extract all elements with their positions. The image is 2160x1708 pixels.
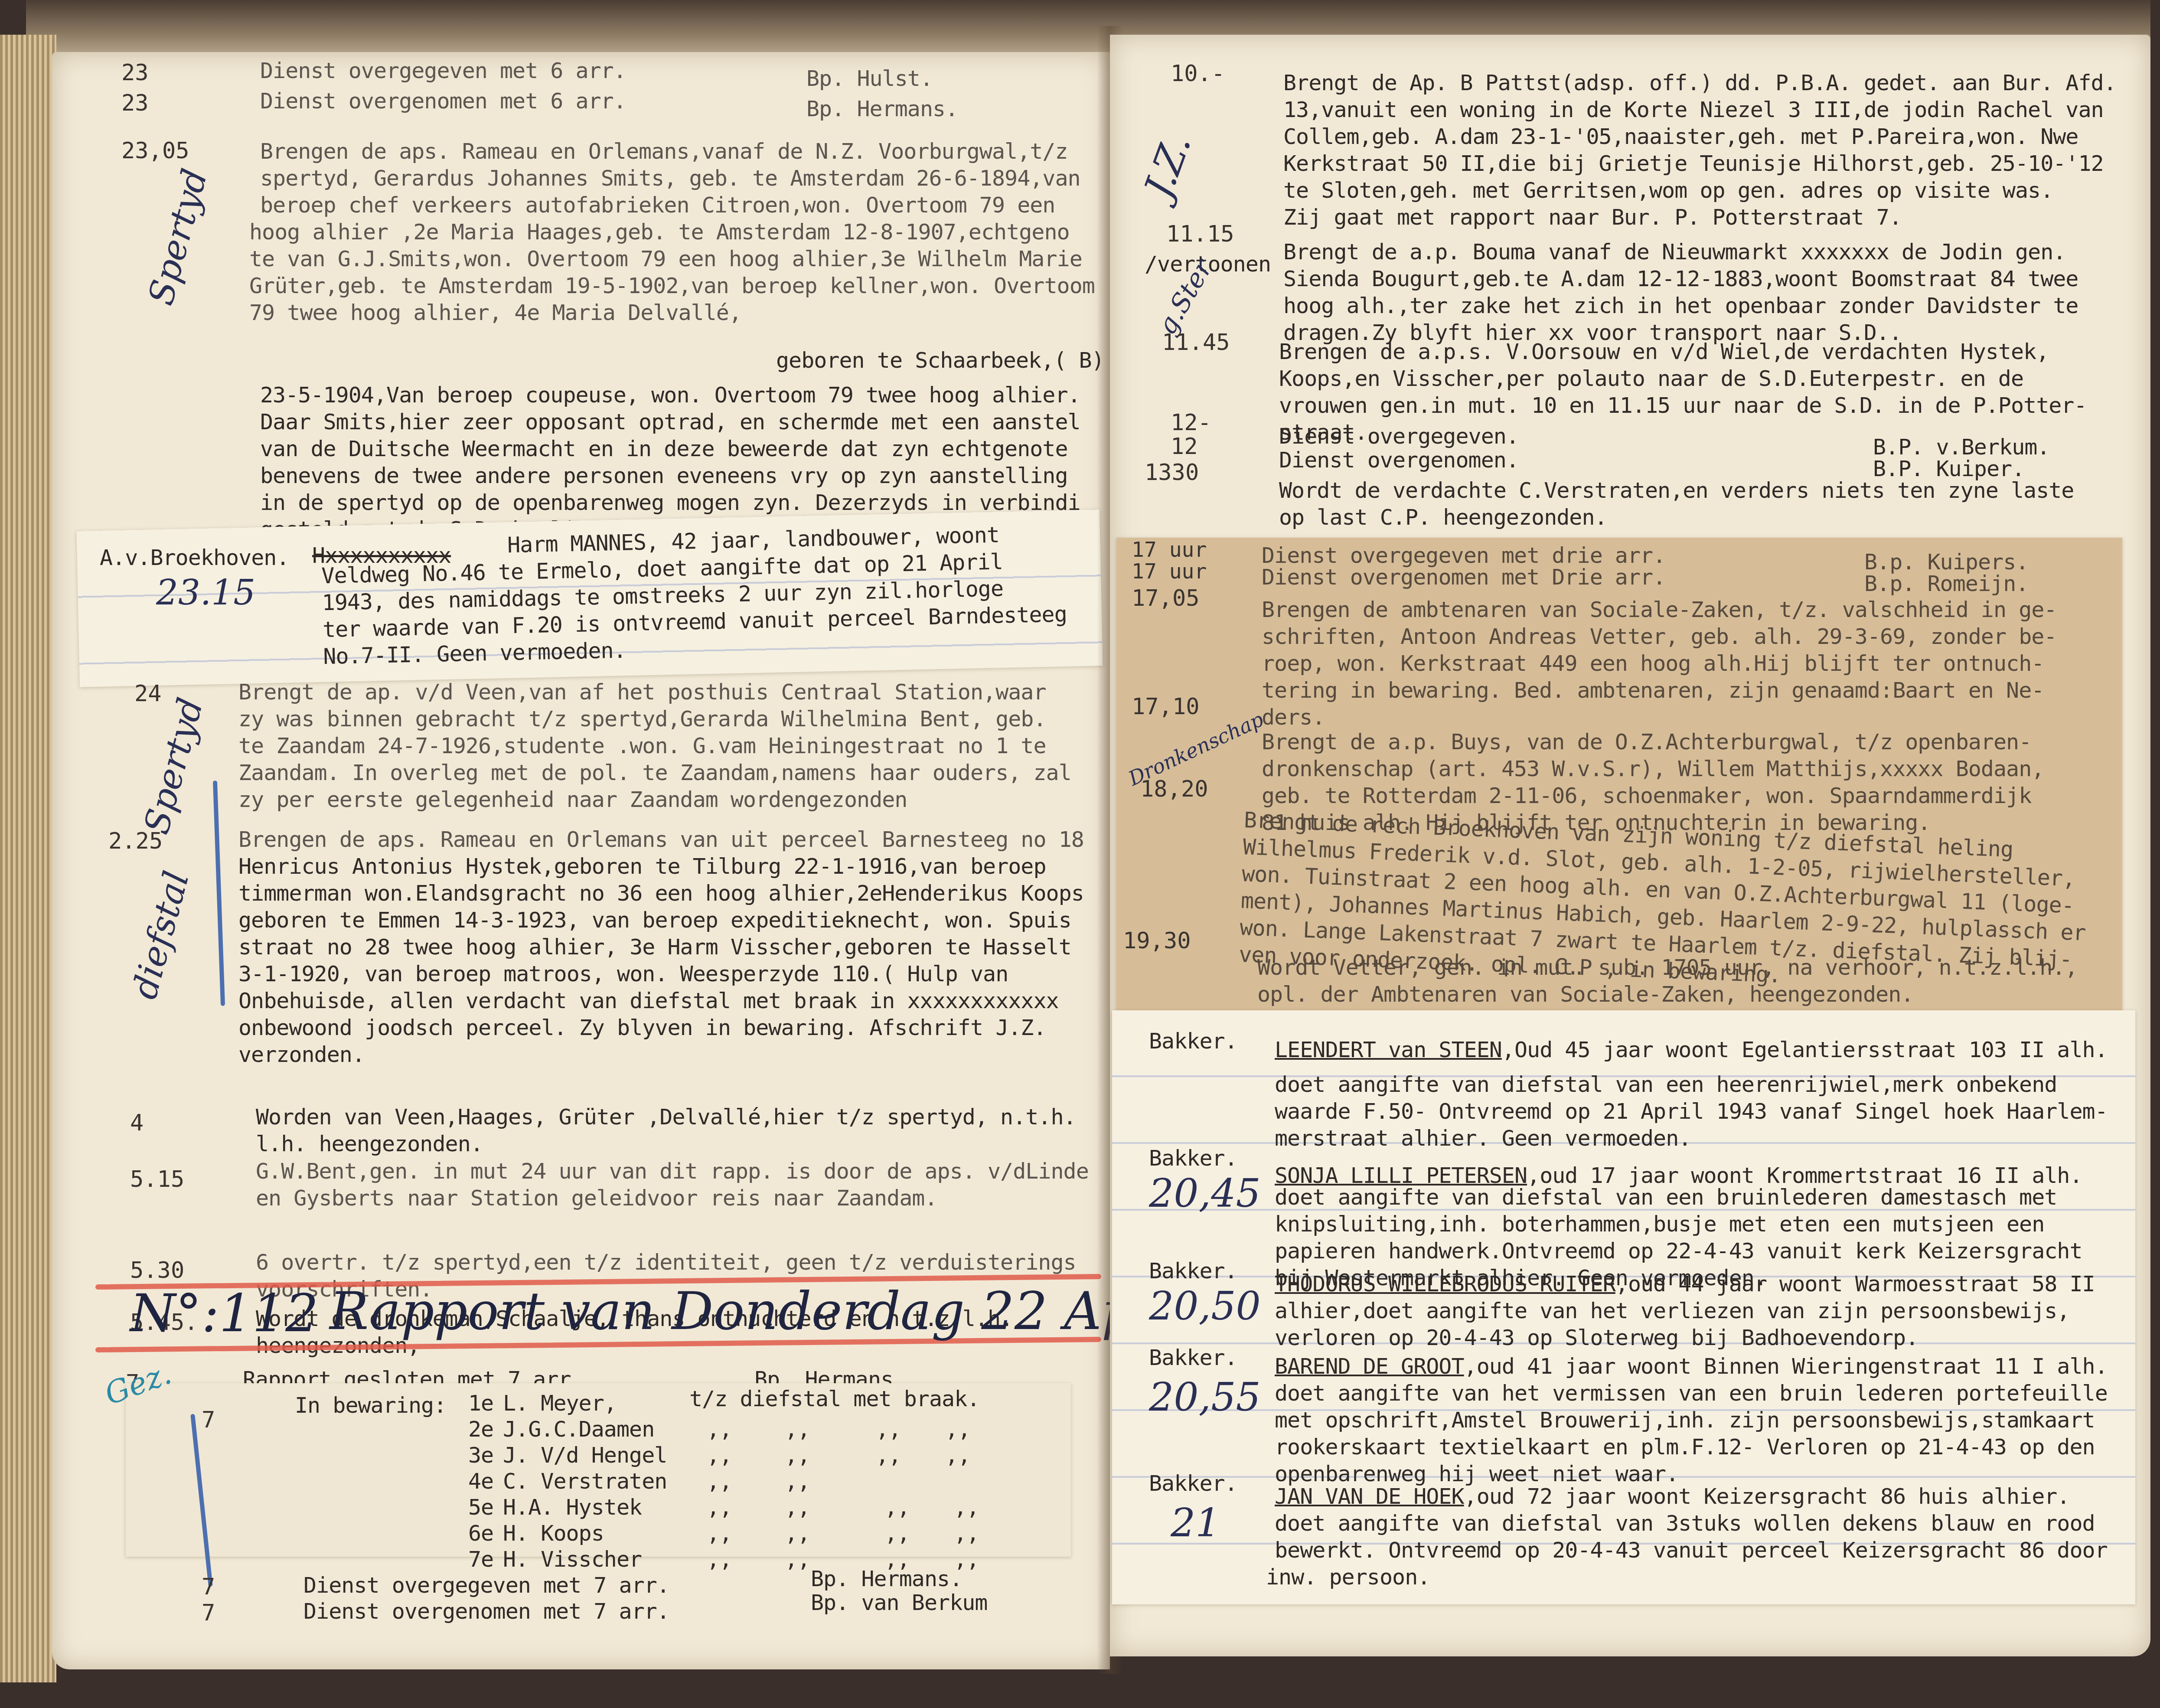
ditto: ,,: [707, 1546, 732, 1573]
ditto: ,,: [707, 1468, 732, 1495]
person-name: J. V/d Hengel: [503, 1442, 667, 1469]
custody-charge: t/z diefstal met braak.: [689, 1385, 979, 1412]
ditto: ,,: [785, 1494, 810, 1521]
time-label: 2.25: [108, 828, 163, 854]
log-line: Brengt de a.p. Buys, van de O.Z.Achterbu…: [1262, 728, 2031, 755]
log-line: Brengen de ambtenaren van Sociale-Zaken,…: [1262, 596, 2056, 623]
margin-time-note: 23.15: [156, 572, 255, 613]
ditto: ,,: [954, 1494, 979, 1521]
ditto: ,,: [785, 1442, 810, 1469]
complainant-name: THODORUS WILLEBRODUS RUITER: [1275, 1271, 1615, 1297]
person-rank: 2e: [468, 1416, 493, 1443]
time-label: 11.15: [1166, 221, 1234, 247]
officer-name: Bakker.: [1149, 1344, 1237, 1371]
time-label: 23,05: [121, 138, 189, 164]
time-label: 10.-: [1171, 61, 1225, 87]
officer-name: Bp. van Berkum: [811, 1589, 987, 1616]
time-label: 4: [130, 1110, 144, 1136]
ditto: ,,: [954, 1520, 979, 1547]
log-line: 23-5-1904,Van beroep coupeuse, won. Over…: [260, 382, 1080, 408]
log-line: Collem,geb. A.dam 23-1-'05,naaister,geh.…: [1283, 123, 2078, 150]
log-line: Brengt de ap. v/d Veen,van af het posthu…: [238, 679, 1046, 705]
ditto: ,,: [785, 1416, 810, 1443]
log-line: zy per eerste gelegenheid naar Zaandam w…: [238, 786, 907, 813]
log-line: zy was binnen gebracht t/z spertyd,Gerar…: [238, 705, 1046, 732]
log-line: Onbehuisde, allen verdacht van diefstal …: [238, 987, 1059, 1014]
time-label: 5.15: [130, 1166, 184, 1192]
time-label: 17,05: [1132, 585, 1200, 611]
log-line: waarde F.50- Ontvreemd op 21 April 1943 …: [1275, 1098, 2108, 1125]
logbook-spread: 23 Dienst overgegeven met 6 arr. Bp. Hul…: [0, 0, 2160, 1708]
log-line: op last C.P. heengezonden.: [1279, 504, 1607, 531]
log-line: in de spertyd op de openbarenweg mogen z…: [260, 489, 1080, 516]
log-line: hoog alh.,ter zake het zich in het openb…: [1283, 292, 2078, 319]
person-name: H. Koops: [503, 1520, 604, 1547]
log-line: beroep chef verkeers autofabrieken Citro…: [260, 192, 1055, 219]
log-line: vrouwen gen.in mut. 10 en 11.15 uur naar…: [1279, 392, 2087, 419]
log-line: Zaandam. In overleg met de pol. te Zaand…: [238, 759, 1071, 786]
log-line: Wordt Vetter, gen. in mut. sub. 1705 uur…: [1257, 954, 2078, 981]
time-label: 12: [1171, 434, 1198, 460]
log-line: spertyd, Gerardus Johannes Smits, geb. t…: [260, 165, 1080, 192]
report-first-line: BAREND DE GROOT,oud 41 jaar woont Binnen…: [1275, 1353, 2108, 1380]
officer-name: B.p. Romeijn.: [1864, 570, 2028, 597]
log-line: te Sloten,geh. met Gerritsen,wom op gen.…: [1283, 177, 2053, 204]
ditto: ,,: [876, 1442, 901, 1469]
log-line: schriften, Antoon Andreas Vetter, geb. a…: [1262, 623, 2056, 650]
log-line-insert: geboren te Schaarbeek,( B): [776, 347, 1104, 374]
time-label: 23: [121, 90, 149, 116]
report-text: ,oud 44 jaar woont Warmoesstraat 58 II: [1615, 1271, 2095, 1297]
log-line: te van G.J.Smits,won. Overtoom 79 een ho…: [249, 245, 1082, 272]
log-line: Brengen de aps. Rameau en Orlemans,vanaf…: [260, 138, 1068, 165]
log-line: inw. persoon.: [1266, 1564, 1430, 1590]
log-line: roep, won. Kerkstraat 449 een hoog alh.H…: [1262, 650, 2044, 677]
time-label: 1330: [1145, 460, 1199, 486]
log-line: Dienst overgegeven met 7 arr.: [303, 1572, 669, 1599]
page-edges-left: [0, 35, 56, 1682]
log-line: Brengt de Ap. B Pattst(adsp. off.) dd. P…: [1283, 69, 2116, 96]
log-line: timmerman won.Elandsgracht no 36 een hoo…: [238, 880, 1084, 907]
officer-name: Bakker.: [1149, 1028, 1237, 1055]
time-note: 20,50: [1149, 1283, 1261, 1329]
person-rank: 3e: [468, 1442, 493, 1469]
log-line: en Gysberts naar Station geleidvoor reis…: [256, 1185, 937, 1212]
time-label: 12-: [1171, 410, 1211, 436]
log-line: Sienda Bougurt,geb.te A.dam 12-12-1883,w…: [1283, 265, 2078, 292]
log-line: doet aangifte van diefstal van een bruin…: [1275, 1184, 2057, 1211]
log-line: doet aangifte van diefstal van 3stuks wo…: [1275, 1510, 2095, 1537]
log-line: Koops,en Visscher,per polauto naar de S.…: [1279, 365, 2023, 392]
person-rank: 7e: [468, 1546, 493, 1573]
log-line: Dienst overgenomen met Drie arr.: [1262, 564, 1665, 591]
log-line: Brengen de aps. Rameau en Orlemans van u…: [238, 826, 1084, 853]
officer-name: Bakker.: [1149, 1145, 1237, 1172]
person-name: J.G.C.Daamen: [503, 1416, 654, 1443]
time-label: 18,20: [1140, 776, 1208, 802]
officer-name: Bp. Hulst.: [806, 65, 933, 92]
log-line: 13,vanuit een woning in de Korte Niezel …: [1283, 96, 2104, 123]
time-label: 17,10: [1132, 694, 1200, 720]
log-line: Dienst overgegeven.: [1279, 423, 1519, 450]
report-first-line: THODORUS WILLEBRODUS RUITER,oud 44 jaar …: [1275, 1270, 2095, 1297]
ditto: ,,: [707, 1494, 732, 1521]
time-note: 21: [1171, 1500, 1220, 1546]
ditto: ,,: [945, 1442, 970, 1469]
officer-name: Bakker.: [1149, 1257, 1237, 1284]
log-line: onbewoond joodsch perceel. Zy blyven in …: [238, 1014, 1046, 1041]
log-line: ders.: [1262, 704, 1325, 731]
ditto: ,,: [884, 1494, 910, 1521]
person-name: H.A. Hystek: [503, 1494, 642, 1521]
ditto: ,,: [707, 1416, 732, 1443]
log-line: geboren te Emmen 14-3-1923, van beroep e…: [238, 907, 1071, 934]
complainant-name: LEENDERT van STEEN: [1275, 1037, 1502, 1062]
person-rank: 4e: [468, 1468, 493, 1495]
officer-name: Bp. Hermans.: [811, 1565, 962, 1592]
person-name: C. Verstraten: [503, 1468, 667, 1495]
log-line: van de Duitsche Weermacht en in deze bew…: [260, 435, 1068, 462]
report-first-line: LEENDERT van STEEN,Oud 45 jaar woont Ege…: [1275, 1036, 2108, 1063]
time-label: 17 uur: [1132, 538, 1207, 562]
log-line: Dienst overgegeven met 6 arr.: [260, 57, 626, 84]
complainant-name: BAREND DE GROOT: [1275, 1354, 1464, 1379]
log-line: knipsluiting,inh. boterhammen,busje met …: [1275, 1211, 2044, 1238]
ditto: ,,: [785, 1520, 810, 1547]
log-line: Brengen de a.p.s. V.Oorsouw en v/d Wiel,…: [1279, 338, 2049, 365]
officer-name: A.v.Broekhoven.: [100, 544, 289, 571]
officer-name: Bp. Hermans.: [806, 95, 958, 122]
complainant-name: JAN VAN DE HOEK: [1275, 1484, 1464, 1509]
log-line: Henricus Antonius Hystek,geboren te Tilb…: [238, 853, 1046, 880]
time-note: 20,45: [1149, 1171, 1261, 1216]
ditto: ,,: [785, 1468, 810, 1495]
log-line: benevens de twee andere personen eveneen…: [260, 462, 1068, 489]
log-line: merstraat alhier. Geen vermoeden.: [1275, 1125, 1691, 1152]
log-line: Dienst overgenomen met 6 arr.: [260, 88, 626, 114]
time-label: 7: [202, 1574, 215, 1600]
ditto: ,,: [707, 1520, 732, 1547]
log-line: verloren op 20-4-43 op Sloterweg bij Bad…: [1275, 1324, 1918, 1351]
log-line: Worden van Veen,Haages, Grüter ,Delvallé…: [256, 1104, 1076, 1130]
log-line: straat no 28 twee hoog alhier, 3e Harm V…: [238, 934, 1071, 960]
log-line: alhier,doet aangifte van het verliezen v…: [1275, 1297, 2069, 1324]
officer-name: Bakker.: [1149, 1470, 1237, 1497]
custody-label: In bewaring:: [295, 1392, 446, 1419]
log-line: Grüter,geb. te Amsterdam 19-5-1902,van b…: [249, 272, 1095, 299]
log-line: doet aangifte van het vermissen van een …: [1275, 1380, 2108, 1407]
report-number: N°:112: [130, 1283, 318, 1344]
log-line: tering in bewaring. Bed. ambtenaren, zij…: [1262, 677, 2044, 704]
time-label: 5.30: [130, 1257, 184, 1283]
log-line: met opschrift,Amstel Brouwerij,inh. zijn…: [1275, 1407, 2095, 1434]
time-label: 7: [202, 1407, 215, 1433]
log-line: Dienst overgenomen.: [1279, 447, 1519, 474]
report-text: ,oud 72 jaar woont Keizersgracht 86 huis…: [1464, 1484, 2070, 1509]
log-line: bewerkt. Ontvreemd op 20-4-43 vanuit per…: [1275, 1537, 2108, 1564]
time-label: 19,30: [1123, 928, 1191, 954]
log-line: 79 twee hoog alhier, 4e Maria Delvallé,: [249, 299, 741, 326]
log-line: l.h. heengezonden.: [256, 1130, 483, 1157]
ditto: ,,: [707, 1442, 732, 1469]
ditto: ,,: [785, 1546, 810, 1573]
person-rank: 5e: [468, 1494, 493, 1521]
person-name: H. Visscher: [503, 1546, 642, 1573]
report-first-line: JAN VAN DE HOEK,oud 72 jaar woont Keizer…: [1275, 1483, 2069, 1510]
log-line: G.W.Bent,gen. in mut 24 uur van dit rapp…: [256, 1158, 1089, 1185]
log-line: opl. der Ambtenaren van Sociale-Zaken, h…: [1257, 981, 1913, 1008]
log-line: verzonden.: [238, 1041, 365, 1068]
log-line: 6 overtr. t/z spertyd,een t/z identiteit…: [256, 1249, 1076, 1276]
log-line: hoog alhier ,2e Maria Haages,geb. te Ams…: [249, 219, 1070, 245]
log-line: te Zaandam 24-7-1926,studente .won. G.va…: [238, 732, 1046, 759]
time-label: 17 uur: [1132, 559, 1207, 584]
time-label: 23: [121, 60, 149, 86]
person-rank: 6e: [468, 1520, 493, 1547]
ditto: ,,: [876, 1416, 901, 1443]
log-line: papieren handwerk.Ontvreemd op 22-4-43 v…: [1275, 1238, 2082, 1264]
log-line: Daar Smits,hier zeer opposant optrad, en…: [260, 408, 1080, 435]
ditto: ,,: [945, 1416, 970, 1443]
log-line: rookerskaart textielkaart en plm.F.12- V…: [1275, 1434, 2095, 1460]
time-note: 20,55: [1149, 1375, 1261, 1420]
report-text: ,Oud 45 jaar woont Egelantiersstraat 103…: [1502, 1037, 2108, 1062]
log-line: Zij gaat met rapport naar Bur. P. Potter…: [1283, 204, 1902, 231]
log-line: Dienst overgenomen met 7 arr.: [303, 1598, 669, 1625]
log-line: Kerkstraat 50 II,die bij Grietje Teunisj…: [1283, 150, 2104, 177]
log-line: Brengt de a.p. Bouma vanaf de Nieuwmarkt…: [1283, 238, 2065, 265]
time-label: 7: [202, 1600, 215, 1626]
report-text: ,oud 41 jaar woont Binnen Wieringenstraa…: [1464, 1354, 2108, 1379]
ditto: ,,: [884, 1520, 910, 1547]
log-line: doet aangifte van diefstal van een heere…: [1275, 1071, 2057, 1098]
log-line: 3-1-1920, van beroep matroos, won. Weesp…: [238, 960, 1008, 987]
person-name: L. Meyer,: [503, 1390, 617, 1417]
log-line: dronkenschap (art. 453 W.v.S.r), Willem …: [1262, 755, 2044, 782]
time-label: 24: [134, 681, 162, 707]
time-label: 11.45: [1162, 330, 1230, 356]
person-rank: 1e: [468, 1390, 493, 1417]
log-line: Wordt de verdachte C.Verstraten,en verde…: [1279, 477, 2074, 504]
log-line: geb. te Rotterdam 2-11-06, schoenmaker, …: [1262, 782, 2031, 809]
